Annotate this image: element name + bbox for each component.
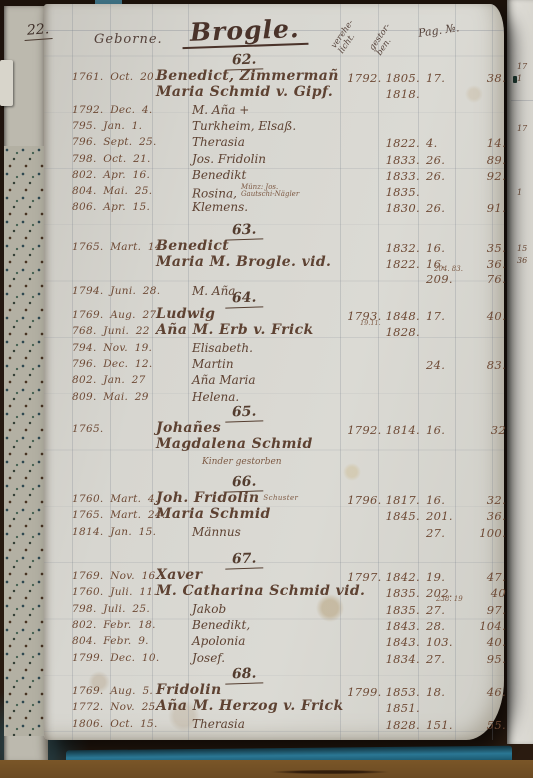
protruding-page-tab	[0, 60, 13, 106]
page-nr-value: 17.	[426, 309, 445, 323]
page-nr-value: 38.	[487, 71, 506, 85]
marbled-edge-speckles	[4, 146, 48, 736]
neighbor-page-writing-fragment: 1	[517, 74, 522, 83]
page-nr-value: 89.	[487, 153, 506, 167]
person-name: Männus	[192, 525, 241, 539]
born-column-header: Geborne.	[94, 32, 163, 47]
page-nr-refs: 28.104.	[426, 619, 506, 633]
page-nr-value: 16.	[426, 423, 445, 437]
neighbor-page-rule	[511, 100, 533, 101]
birth-date: 794. Nov. 19.	[72, 342, 152, 354]
birth-date: 802. Jan. 27	[72, 374, 146, 386]
page-nr-value: 27.	[426, 652, 445, 666]
page-nr-value: 18.	[426, 685, 445, 699]
person-name: Benedikt,	[192, 618, 250, 632]
birth-date: 795. Jan. 1.	[72, 120, 142, 132]
register-row: 768. Juni. 22Aña M. Erb v. Frick1828.	[44, 324, 504, 340]
person-name: Josef.	[192, 651, 225, 665]
register-row: 1760. Juli. 11.M. Catharina Schmid vid.1…	[44, 585, 504, 601]
entry-number-text: 67.	[225, 550, 264, 569]
page-nr-refs: 16.35.	[426, 241, 506, 255]
entry-number-text: 64.	[225, 289, 264, 308]
photographed-register-book: 1711711536 22. Geborne. Brogle. verehe- …	[0, 0, 533, 778]
page-nr-value: 28.	[426, 619, 445, 633]
register-row: 798. Oct. 21.Jos. Fridolin1833.26.89.	[44, 152, 504, 168]
page-nr-refs: 19.47.	[426, 570, 506, 584]
page-nr-value: 27.	[426, 603, 445, 617]
birth-date: 1799. Dec. 10.	[72, 652, 159, 664]
birth-date: 1806. Oct. 15.	[72, 718, 158, 730]
page-nr-refs: 16.32.	[426, 493, 506, 507]
occupation-annotation: Münz: Jos. Gautschi-Nägler	[241, 184, 307, 197]
page-nr-value: 201.	[426, 509, 453, 523]
person-name: Maria Schmid	[156, 506, 271, 522]
birth-date: 1760. Mart. 4.	[72, 493, 159, 505]
event-years: 1797. 1842.	[336, 570, 420, 584]
person-name: Martin	[192, 357, 234, 371]
person-name: Rosina,Münz: Jos. Gautschi-Nägler	[192, 184, 307, 201]
page-nr-refs: 26.91.	[426, 201, 506, 215]
page-nr-value: 103.	[426, 635, 453, 649]
neighbor-page-writing-fragment: 15	[517, 244, 527, 253]
table-surface	[0, 760, 533, 778]
page-nr-value: 95.	[487, 652, 506, 666]
birth-date: 798. Juli. 25.	[72, 603, 150, 615]
birth-date: 1760. Juli. 11.	[72, 586, 157, 598]
birth-date: 804. Mai. 25.	[72, 185, 152, 197]
page-nr-value: 100.	[479, 526, 506, 540]
person-name: Benedikt	[192, 168, 246, 182]
person-name: Therasia	[192, 135, 245, 149]
person-name: Aña Maria	[192, 373, 256, 387]
event-years: 1828.	[336, 718, 420, 732]
page-nr-refs: 27.97.	[426, 603, 506, 617]
register-row: 1792. Dec. 4.M. Aña +	[44, 103, 504, 119]
person-name: Apolonia	[192, 634, 245, 648]
person-name: Aña M. Erb v. Frick	[156, 322, 314, 338]
page-nr-refs: 17.38.	[426, 71, 506, 85]
person-name: Elisabeth.	[192, 341, 253, 355]
register-row: 804. Febr. 9.Apolonia1843.103.40.	[44, 634, 504, 650]
person-name: Maria M. Brogle. vid.	[156, 254, 331, 270]
birth-date: 802. Apr. 16.	[72, 169, 150, 181]
register-row: 1760. Mart. 4.Joh. FridolinSchuster1796.…	[44, 492, 504, 508]
page-nr-value: 40.	[487, 309, 506, 323]
person-name: M. Catharina Schmid vid.	[156, 583, 365, 599]
register-page: Geborne. Brogle. verehe- licht. gestor- …	[44, 4, 504, 740]
register-row: 796. Dec. 12.Martin24.83.	[44, 357, 504, 373]
page-nr-value: 14.	[487, 136, 506, 150]
event-years: 1833.	[336, 169, 420, 183]
register-row: 794. Nov. 19.Elisabeth.	[44, 341, 504, 357]
person-name: Maria Schmid v. Gipf.	[156, 84, 333, 100]
birth-date: 809. Mai. 29	[72, 391, 149, 403]
page-nr-refs: 16.32	[426, 423, 506, 437]
page-nr-value: 46.	[487, 685, 506, 699]
family-name-title: Brogle.	[165, 16, 325, 47]
person-name: Xaver	[156, 567, 202, 583]
page-nr-refs: 201.36.	[426, 509, 506, 523]
person-name: Helena.	[192, 390, 239, 404]
entry-number-text: 68.	[225, 665, 264, 684]
birth-date: 1772. Nov. 25.	[72, 701, 159, 713]
birth-date: 796. Sept. 25.	[72, 136, 157, 148]
event-years: 1834.	[336, 652, 420, 666]
birth-date: 1761. Oct. 20.	[72, 71, 158, 83]
page-nr-value: 47.	[487, 570, 506, 584]
register-row: 798. Juli. 25.Jakob1835.27.97.	[44, 602, 504, 618]
person-name: Jakob	[192, 602, 226, 616]
page-nr-value: 104.	[479, 619, 506, 633]
page-nr-value: 35.	[487, 241, 506, 255]
small-ref-above: 204. 83.	[434, 265, 463, 273]
neighbor-page-writing-fragment: 17	[517, 124, 527, 133]
page-nr-value: 26.	[426, 153, 445, 167]
person-name: Aña M. Herzog v. Frick	[156, 698, 344, 714]
birth-date: 1814. Jan. 15.	[72, 526, 156, 538]
page-nr-refs: 26.89.	[426, 153, 506, 167]
person-name: Kinder gestorben	[202, 457, 282, 467]
page-nr-value: 36.	[487, 257, 506, 271]
event-years: 1833.	[336, 153, 420, 167]
event-years: 1796. 1817.	[336, 493, 420, 507]
register-row: Maria Schmid v. Gipf.1818.	[44, 86, 504, 102]
person-name: Magdalena Schmid	[156, 436, 313, 452]
page-nr-value: 97.	[487, 603, 506, 617]
register-row: 1765. Mart. 24.Maria Schmid1845.201.36.	[44, 508, 504, 524]
birth-date: 798. Oct. 21.	[72, 153, 151, 165]
person-name: M. Aña +	[192, 103, 249, 117]
birth-date: 1769. Aug. 5.	[72, 685, 153, 697]
neighbor-page-writing-fragment: 36	[517, 256, 527, 265]
page-nr-refs: 151.55.	[426, 718, 506, 732]
birth-date: 768. Juni. 22	[72, 325, 150, 337]
register-row: Kinder gestorben	[44, 455, 504, 471]
event-years: 1835.	[336, 603, 420, 617]
birth-date: 804. Febr. 9.	[72, 635, 149, 647]
register-row: 796. Sept. 25.Therasia1822.4.14.	[44, 135, 504, 151]
register-row: 1799. Dec. 10.Josef.1834.27.95.	[44, 651, 504, 667]
birth-date: 1765. Mart. 14.	[72, 241, 166, 253]
page-nr-refs: 17.40.	[426, 309, 506, 323]
page-nr-value: 19.	[426, 570, 445, 584]
neighboring-page-sliver: 1711711536	[507, 0, 533, 744]
register-row: 802. Jan. 27Aña Maria	[44, 373, 504, 389]
birth-date: 1769. Nov. 16.	[72, 570, 159, 582]
birth-date: 1765. Mart. 24.	[72, 509, 166, 521]
register-row: 802. Febr. 18.Benedikt,1843.28.104.	[44, 618, 504, 634]
event-years: 1799. 1853.	[336, 685, 420, 699]
page-nr-refs: 27.100.	[426, 526, 506, 540]
page-nr-value: 83.	[487, 358, 506, 372]
register-row: 802. Apr. 16.Benedikt1833.26.92.	[44, 168, 504, 184]
page-nr-value: 36.	[487, 509, 506, 523]
register-row: 806. Apr. 15.Klemens.1830.26.91.	[44, 200, 504, 216]
neighbor-page-writing-fragment: 17	[517, 62, 527, 71]
page-nr-refs: 18.46.	[426, 685, 506, 699]
person-name: Joh. FridolinSchuster	[156, 490, 329, 506]
register-row: Magdalena Schmid	[44, 438, 504, 454]
event-years: 1828.	[336, 325, 420, 339]
page-nr-value: 92.	[487, 169, 506, 183]
neighbor-page-writing-fragment: 1	[517, 188, 522, 197]
person-name: Therasia	[192, 717, 245, 731]
event-years: 1822.	[336, 136, 420, 150]
event-years: 1851.	[336, 701, 420, 715]
event-years: 1792. 1805.	[336, 71, 420, 85]
page-nr-value: 40	[491, 586, 506, 600]
person-name: Benedict, Zimmermañ	[156, 68, 339, 84]
person-name: Benedict	[156, 238, 229, 254]
event-years: 1832.	[336, 241, 420, 255]
event-years: 1843.	[336, 635, 420, 649]
event-years: 1835.	[336, 185, 420, 199]
page-nr-refs: 103.40.	[426, 635, 506, 649]
page-nr-value: 17.	[426, 71, 445, 85]
page-nr-value: 24.	[426, 358, 445, 372]
event-years: 1835.	[336, 586, 420, 600]
register-row: 1806. Oct. 15.Therasia1828.151.55.	[44, 717, 504, 733]
page-nr-refs: 4.14.	[426, 136, 506, 150]
event-years: 1792. 1814.	[336, 423, 420, 437]
birth-date: 796. Dec. 12.	[72, 358, 153, 370]
birth-date: 1792. Dec. 4.	[72, 104, 153, 116]
birth-date: 1769. Aug. 27	[72, 309, 156, 321]
page-nr-refs: 27.95.	[426, 652, 506, 666]
page-nr-value: 40.	[487, 635, 506, 649]
page-nr-value: 55.	[487, 718, 506, 732]
birth-date: 802. Febr. 18.	[72, 619, 156, 631]
register-row: 804. Mai. 25.Rosina,Münz: Jos. Gautschi-…	[44, 184, 504, 200]
page-nr-value: 32.	[487, 493, 506, 507]
page-nr-value: 26.	[426, 169, 445, 183]
person-name: Ludwig	[156, 306, 215, 322]
page-nr-value: 16.	[426, 241, 445, 255]
event-years: 1830.	[336, 201, 420, 215]
person-name: Jos. Fridolin	[192, 152, 266, 166]
entry-number: 67.	[204, 551, 284, 569]
event-years: 1822.	[336, 257, 420, 271]
page-nr-value: 4.	[426, 136, 438, 150]
page-nr-value: 27.	[426, 526, 445, 540]
page-nr-value: 151.	[426, 718, 453, 732]
entry-number: 64.	[204, 290, 284, 308]
register-row: 1772. Nov. 25.Aña M. Herzog v. Frick1851…	[44, 700, 504, 716]
page-nr-value: 26.	[426, 201, 445, 215]
person-name: Johañes	[156, 420, 221, 436]
birth-date: 1794. Juni. 28.	[72, 285, 160, 297]
register-row: 1814. Jan. 15.Männus27.100.	[44, 525, 504, 541]
page-nr-refs: 24.83.	[426, 358, 506, 372]
entry-number-text: 63.	[225, 221, 264, 240]
page-nr-refs: 26.92.	[426, 169, 506, 183]
page-nr-value: 32	[491, 423, 506, 437]
page-stack-fore-edge	[4, 6, 48, 762]
person-name: Klemens.	[192, 200, 248, 214]
birth-date: 1765.	[72, 423, 104, 435]
birth-date: 806. Apr. 15.	[72, 201, 150, 213]
event-years: 1843.	[336, 619, 420, 633]
person-name: Turkheim, Elsaß.	[192, 119, 296, 133]
event-years: 1845.	[336, 509, 420, 523]
page-nr-value: 91.	[487, 201, 506, 215]
page-nr-value: 16.	[426, 493, 445, 507]
person-name: Fridolin	[156, 682, 222, 698]
entry-number-text: 65.	[225, 403, 264, 422]
page-number: 22.	[23, 21, 52, 41]
occupation-annotation: Schuster	[263, 495, 329, 502]
register-row: 795. Jan. 1.Turkheim, Elsaß.	[44, 119, 504, 135]
event-years: 1818.	[336, 87, 420, 101]
